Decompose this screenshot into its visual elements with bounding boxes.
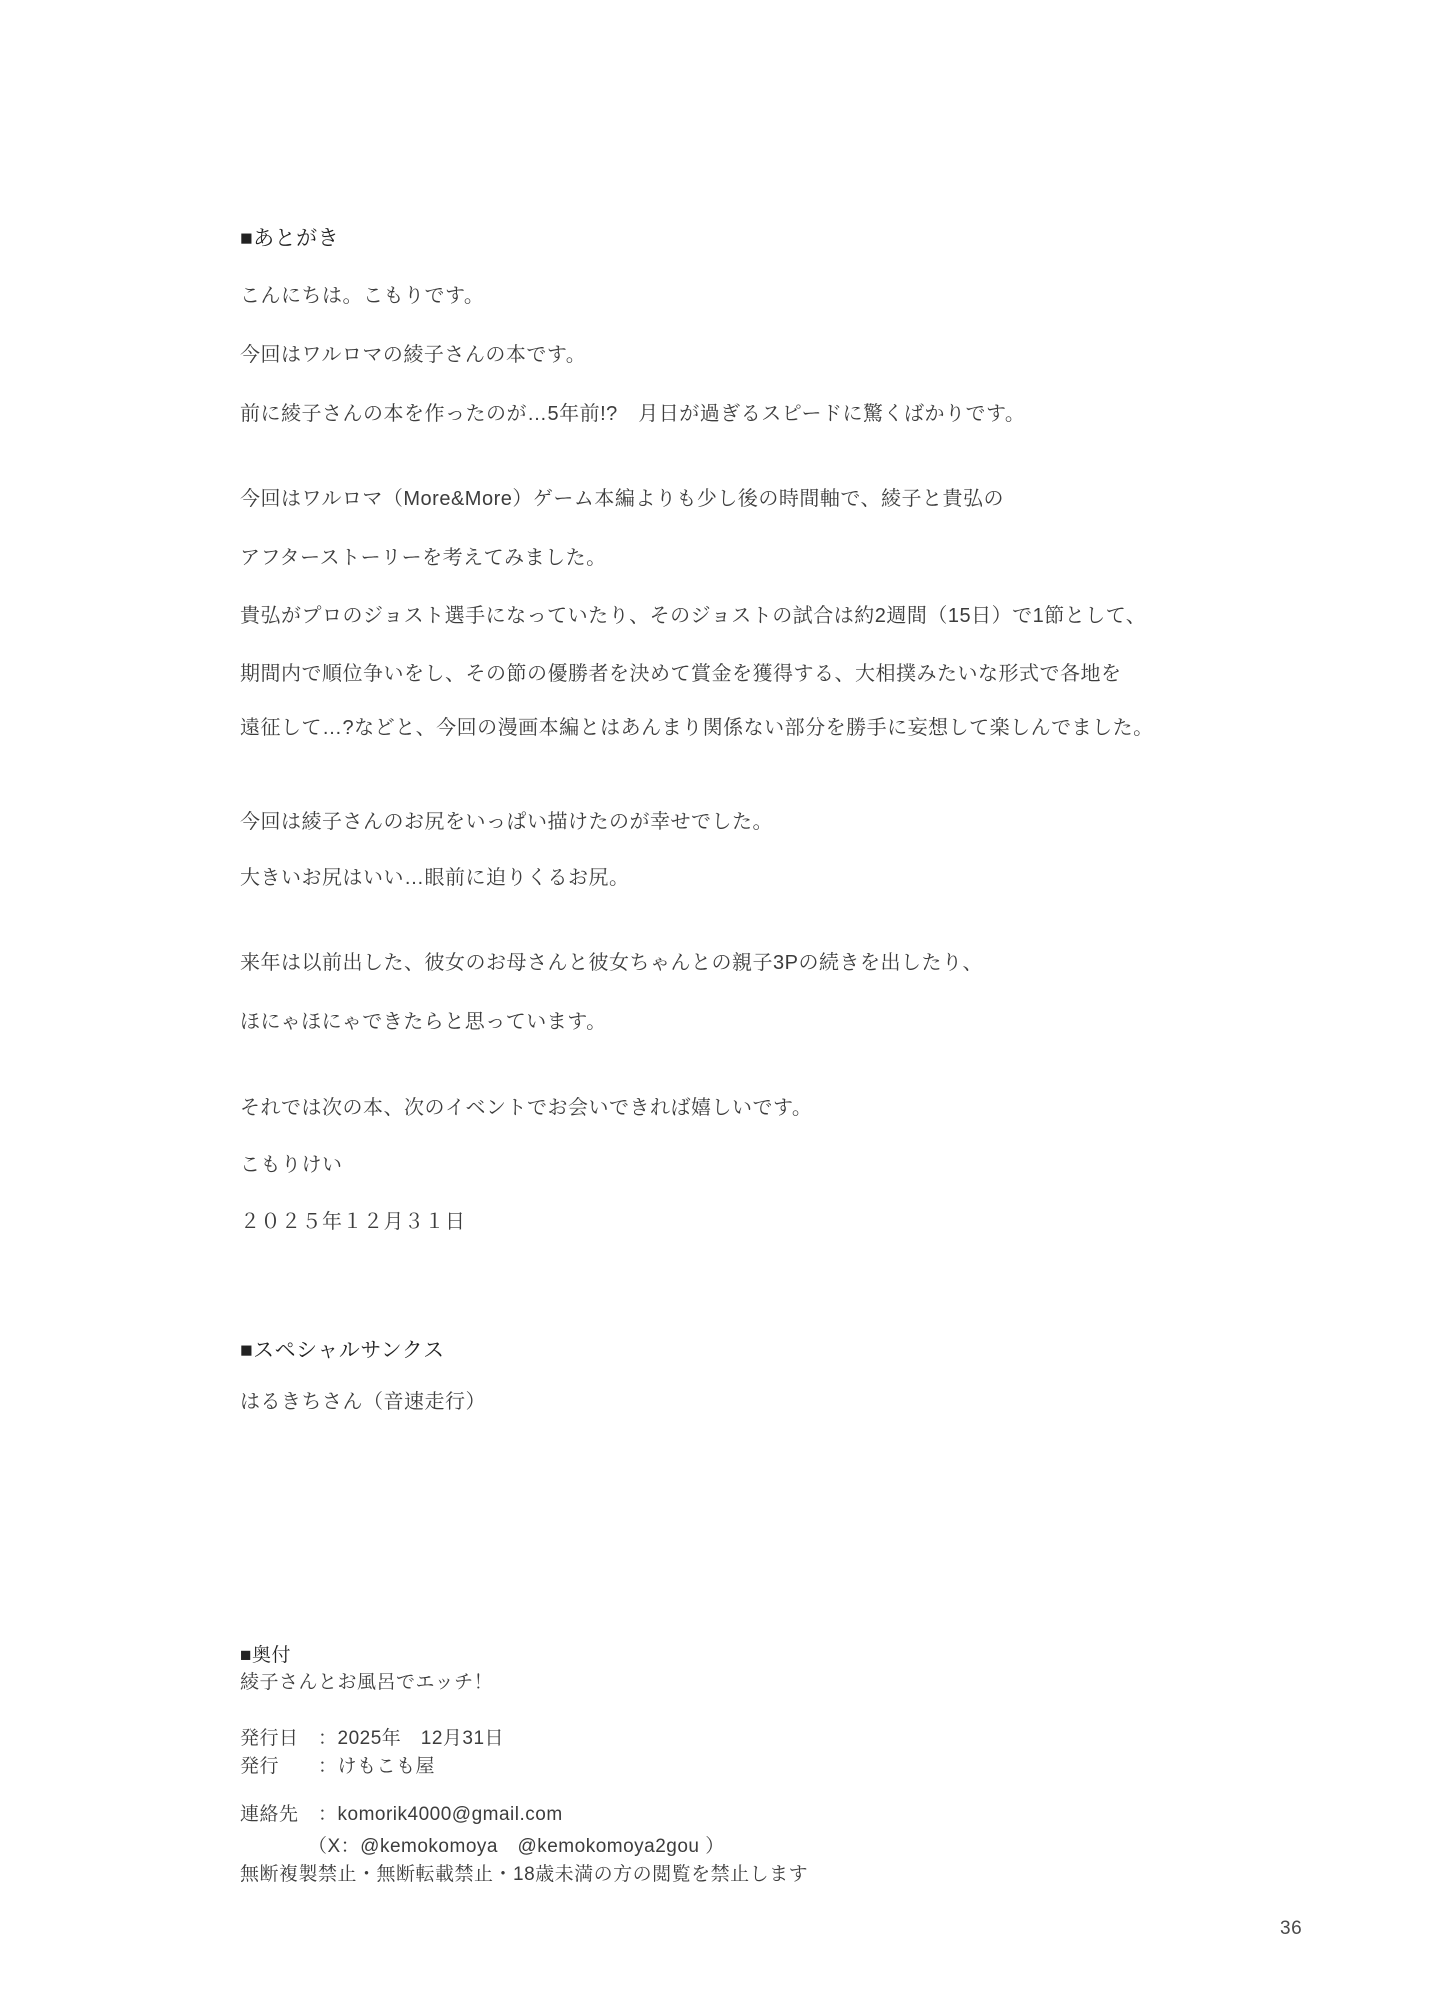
afterword-line: 期間内で順位争いをし、その節の優勝者を決めて賞金を獲得する、大相撲みたいな形式で… bbox=[240, 662, 1122, 686]
sns-accounts-line: （X：@kemokomoya @kemokomoya2gou ） bbox=[308, 1836, 725, 1859]
afterword-line: アフターストーリーを考えてみました。 bbox=[240, 546, 607, 570]
special-thanks-name: はるきちさん（音速走行） bbox=[240, 1390, 486, 1414]
book-title: 綾子さんとお風呂でエッチ！ bbox=[240, 1672, 493, 1695]
afterword-line: 前に綾子さんの本を作ったのが…5年前!? 月日が過ぎるスピードに驚くばかりです。 bbox=[240, 402, 1025, 426]
special-thanks-heading: ■スペシャルサンクス bbox=[240, 1338, 445, 1363]
publisher-line: 発行 ：けもこも屋 bbox=[240, 1756, 435, 1779]
page-number: 36 bbox=[1280, 1918, 1302, 1940]
afterword-line: 大きいお尻はいい…眼前に迫りくるお尻。 bbox=[240, 866, 630, 890]
copyright-notice: 無断複製禁止・無断転載禁止・18歳未満の方の閲覧を禁止します bbox=[240, 1864, 808, 1887]
afterword-line: ほにゃほにゃできたらと思っています。 bbox=[240, 1010, 607, 1034]
afterword-line: 来年は以前出した、彼女のお母さんと彼女ちゃんとの親子3Pの続きを出したり、 bbox=[240, 951, 983, 975]
afterword-line: 今回はワルロマ（More&More）ゲーム本編よりも少し後の時間軸で、綾子と貴弘… bbox=[240, 487, 1004, 511]
afterword-line: こんにちは。こもりです。 bbox=[240, 284, 484, 308]
author-signature: こもりけい bbox=[240, 1153, 343, 1177]
afterword-line: 今回はワルロマの綾子さんの本です。 bbox=[240, 343, 586, 367]
afterword-date: ２０２５年１２月３１日 bbox=[240, 1210, 466, 1234]
afterword-line: 遠征して…?などと、今回の漫画本編とはあんまり関係ない部分を勝手に妄想して楽しん… bbox=[240, 716, 1154, 740]
afterword-line: それでは次の本、次のイベントでお会いできれば嬉しいです。 bbox=[240, 1096, 812, 1120]
contact-email-line: 連絡先 ：komorik4000@gmail.com bbox=[240, 1804, 563, 1827]
afterword-line: 貴弘がプロのジョスト選手になっていたり、そのジョストの試合は約2週間（15日）で… bbox=[240, 604, 1146, 628]
afterword-heading: ■あとがき bbox=[240, 226, 339, 251]
publish-date-line: 発行日 ：2025年 12月31日 bbox=[240, 1728, 504, 1751]
afterword-page: ■あとがき こんにちは。こもりです。 今回はワルロマの綾子さんの本です。 前に綾… bbox=[0, 0, 1438, 2000]
afterword-line: 今回は綾子さんのお尻をいっぱい描けたのが幸せでした。 bbox=[240, 810, 773, 834]
colophon-heading: ■奥付 bbox=[240, 1645, 291, 1668]
